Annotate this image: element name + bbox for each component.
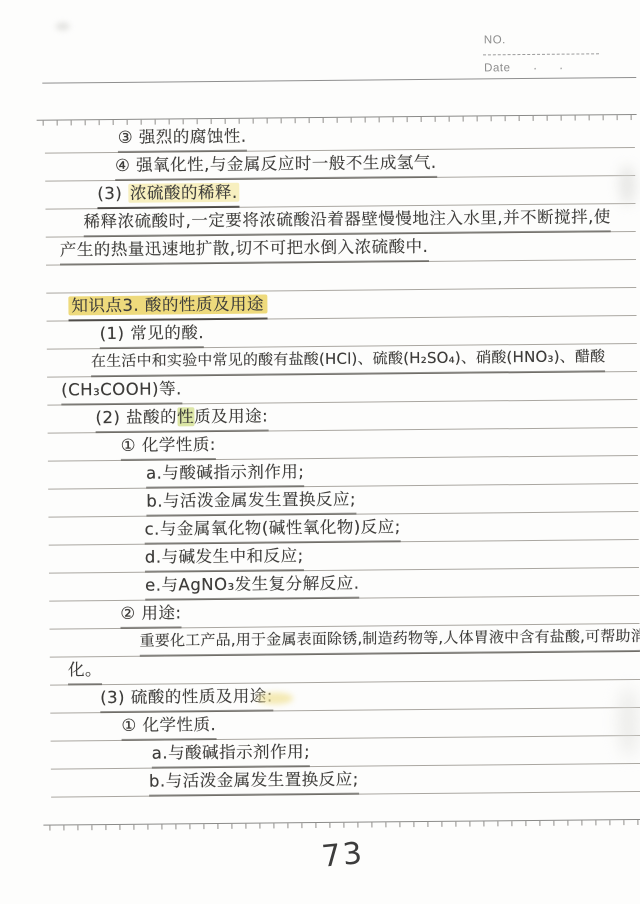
page-sheet: NO. Date · · ③ 强烈的腐蚀性. ④ 强氧化性,与金属反应时一般不生… bbox=[0, 0, 640, 904]
note-text: ① 化学性质: bbox=[121, 431, 216, 461]
note-text: ② 用途: bbox=[120, 599, 181, 629]
date-separator-dot: · bbox=[533, 62, 537, 76]
note-text: 知识点3. 酸的性质及用途 bbox=[68, 291, 267, 322]
note-text: ③ 强烈的腐蚀性. bbox=[118, 123, 247, 153]
notebook-photo: { "header": { "no_label": "NO.", "date_l… bbox=[0, 0, 640, 904]
note-text: (CH₃COOH)等. bbox=[61, 375, 182, 405]
no-label: NO. bbox=[484, 34, 506, 46]
note-text: ④ 强氧化性,与金属反应时一般不生成氢气. bbox=[115, 149, 437, 181]
date-separator-dot: · bbox=[559, 62, 563, 76]
no-dashed-line bbox=[483, 53, 599, 55]
photo-artifact bbox=[56, 22, 70, 30]
note-text: (1) 常见的酸. bbox=[100, 319, 205, 349]
highlight-mark: 性 bbox=[177, 407, 194, 426]
note-text: b.与活泼金属发生置换反应; bbox=[149, 766, 359, 797]
ruled-area-bottom-border bbox=[43, 819, 640, 831]
note-text: 化。 bbox=[68, 656, 102, 685]
note-text: d.与碱发生中和反应; bbox=[145, 542, 304, 573]
note-text-segment: (2) 盐酸的 bbox=[95, 407, 177, 427]
highlight-mark: 浓硫酸的稀释. bbox=[128, 183, 240, 203]
note-line: b.与活泼金属发生置换反应; bbox=[51, 763, 640, 798]
note-text: b.与活泼金属发生置换反应; bbox=[146, 486, 356, 517]
note-text: (3) 硫酸的性质及用途: bbox=[100, 682, 273, 713]
note-text-segment: (3) bbox=[97, 184, 128, 203]
note-text: a.与酸碱指示剂作用; bbox=[146, 458, 305, 489]
note-text: (2) 盐酸的性质及用途: bbox=[95, 402, 268, 433]
header-rule-line bbox=[42, 77, 636, 84]
note-text: c.与金属氧化物(碱性氧化物)反应; bbox=[144, 513, 401, 544]
note-text: e.与AgNO₃发生复分解反应. bbox=[145, 570, 360, 601]
date-label: Date bbox=[484, 62, 510, 74]
page-number: 73 bbox=[320, 836, 365, 875]
note-text-segment: 质及用途: bbox=[194, 406, 268, 426]
note-text: ① 化学性质. bbox=[121, 711, 216, 741]
highlight-mark: 知识点3. 酸的性质及用途 bbox=[68, 295, 267, 316]
note-text: a.与酸碱指示剂作用; bbox=[152, 738, 311, 769]
note-text: (3) 浓硫酸的稀释. bbox=[97, 179, 240, 209]
